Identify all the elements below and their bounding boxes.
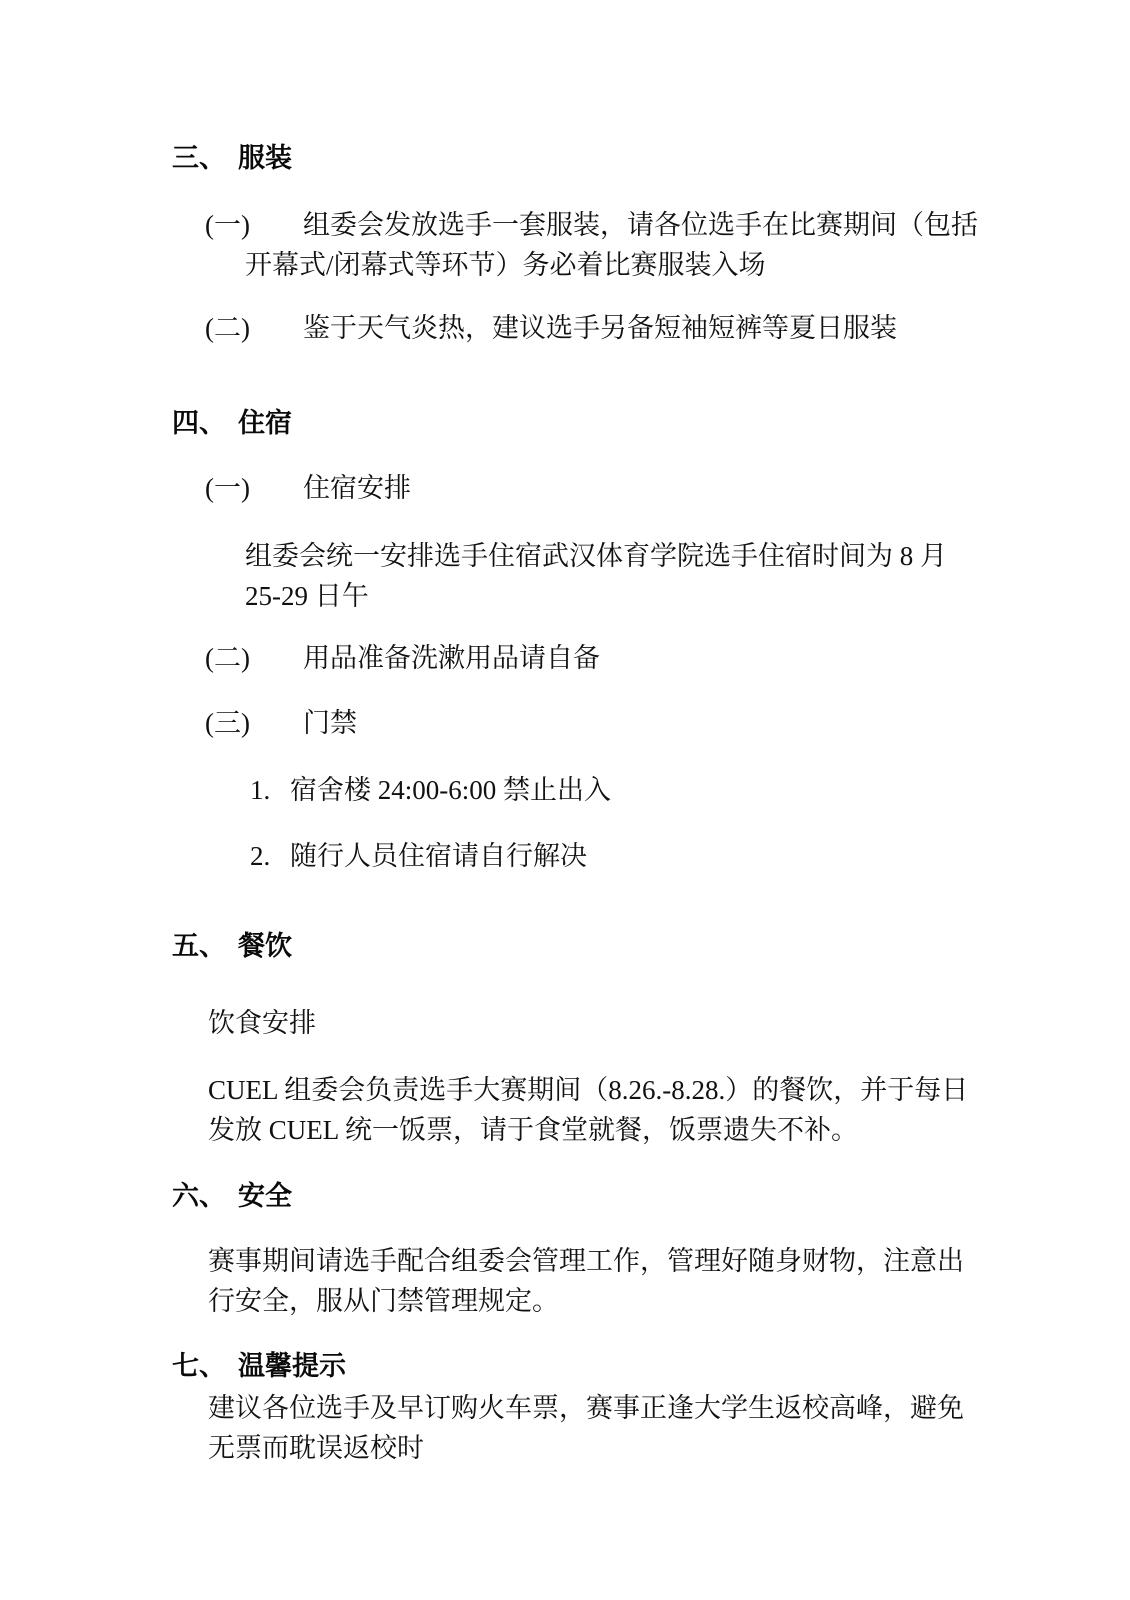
section-title: 住宿 xyxy=(238,408,292,438)
paragraph: 饮食安排 xyxy=(208,1003,978,1043)
paragraph: 建议各位选手及早订购火车票，赛事正逢大学生返校高峰，避免无票而耽误返校时 xyxy=(208,1388,978,1468)
list-item: (一) 组委会发放选手一套服装，请各位选手在比赛期间（包括开幕式/闭幕式等环节）… xyxy=(245,205,980,285)
section-heading-4: 四、 住宿 xyxy=(0,403,1130,443)
list-text: 住宿安排 xyxy=(303,473,411,503)
list-marker: (一) xyxy=(205,205,250,245)
section-title: 温馨提示 xyxy=(238,1351,346,1381)
list-text: 用品准备洗漱用品请自备 xyxy=(303,643,600,673)
section-title: 餐饮 xyxy=(238,931,292,961)
numbered-item-text: 随行人员住宿请自行解决 xyxy=(290,841,587,871)
list-item: (二) 鉴于天气炎热，建议选手另备短袖短裤等夏日服装 xyxy=(245,308,980,348)
paragraph: 赛事期间请选手配合组委会管理工作，管理好随身财物，注意出行安全，服从门禁管理规定… xyxy=(208,1241,978,1321)
list-text: 组委会发放选手一套服装，请各位选手在比赛期间（包括开幕式/闭幕式等环节）务必着比… xyxy=(245,210,978,280)
section-heading-7: 七、 温馨提示 xyxy=(0,1346,1130,1386)
numbered-item-text: 宿舍楼 24:00-6:00 禁止出入 xyxy=(290,775,611,805)
list-marker: (二) xyxy=(205,638,250,678)
list-marker: (二) xyxy=(205,308,250,348)
section-title: 安全 xyxy=(238,1181,292,1211)
paragraph: CUEL 组委会负责选手大赛期间（8.26.-8.28.）的餐饮，并于每日发放 … xyxy=(208,1070,978,1150)
list-text: 鉴于天气炎热，建议选手另备短袖短裤等夏日服装 xyxy=(303,313,897,343)
list-item: (三) 门禁 xyxy=(245,703,980,743)
section-heading-5: 五、 餐饮 xyxy=(0,926,1130,966)
list-text: 门禁 xyxy=(303,708,357,738)
document-page: 三、 服装 (一) 组委会发放选手一套服装，请各位选手在比赛期间（包括开幕式/闭… xyxy=(0,0,1130,1600)
section-heading-3: 三、 服装 xyxy=(0,138,1130,178)
paragraph: 组委会统一安排选手住宿武汉体育学院选手住宿时间为 8 月 25-29 日午 xyxy=(245,536,980,616)
section-title: 服装 xyxy=(238,143,292,173)
list-item: (一) 住宿安排 xyxy=(245,468,980,508)
numbered-item-marker: 1. xyxy=(250,770,270,810)
section-number: 四、 xyxy=(172,403,226,443)
section-number: 六、 xyxy=(172,1176,226,1216)
list-item: (二) 用品准备洗漱用品请自备 xyxy=(245,638,980,678)
numbered-item-marker: 2. xyxy=(250,836,270,876)
section-number: 三、 xyxy=(172,138,226,178)
section-number: 七、 xyxy=(172,1346,226,1386)
numbered-item: 1. 宿舍楼 24:00-6:00 禁止出入 xyxy=(290,770,980,810)
section-heading-6: 六、 安全 xyxy=(0,1176,1130,1216)
list-marker: (三) xyxy=(205,703,250,743)
list-marker: (一) xyxy=(205,468,250,508)
numbered-item: 2. 随行人员住宿请自行解决 xyxy=(290,836,980,876)
section-number: 五、 xyxy=(172,926,226,966)
